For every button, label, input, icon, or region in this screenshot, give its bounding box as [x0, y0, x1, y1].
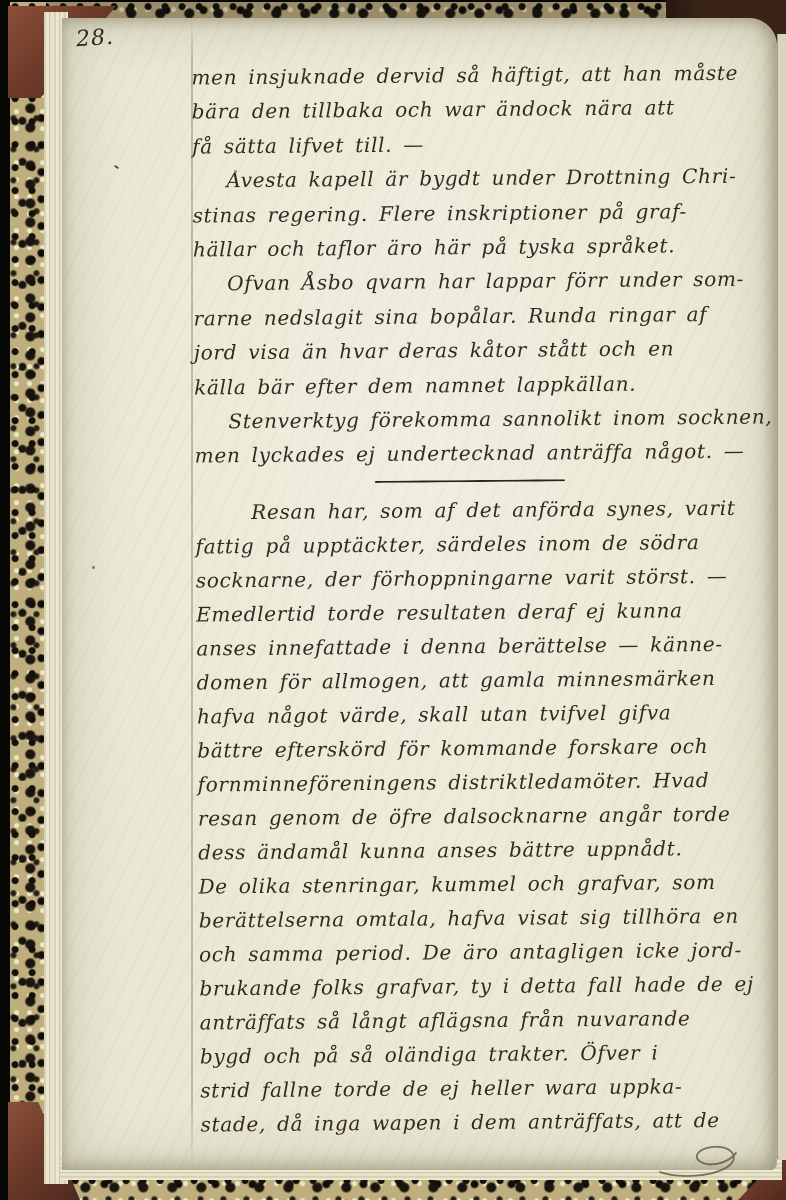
manuscript-line: resan genom de öfre dalsocknarne angår t… [198, 796, 774, 835]
paper-speck [92, 566, 95, 569]
manuscript-line: hafva något värde, skall utan tvifvel gi… [197, 694, 773, 733]
manuscript-line: Stenverktyg förekomma sannolikt inom soc… [194, 399, 770, 438]
manuscript-line: men lyckades ej undertecknad anträffa nå… [195, 434, 771, 473]
manuscript-line: anträffats så långt aflägsna från nuvara… [200, 1000, 776, 1039]
manuscript-line: källa bär efter dem namnet lappkällan. [194, 365, 770, 404]
manuscript-line: fornminneföreningens distriktledamöter. … [197, 762, 773, 801]
manuscript-line: Ofvan Åsbo qvarn har lappar förr under s… [193, 262, 769, 301]
handwritten-text-block: men insjuknade dervid så häftigt, att ha… [191, 56, 776, 1142]
manuscript-line: De olika stenringar, kummel och grafvar,… [198, 864, 774, 903]
manuscript-line: Avesta kapell är bygdt under Drottning C… [192, 159, 768, 198]
page-number: 28. [75, 25, 115, 53]
manuscript-line: dess ändamål kunna anses bättre uppnådt. [198, 830, 774, 869]
manuscript-line: Emedlertid torde resultaten deraf ej kun… [196, 592, 772, 631]
manuscript-line: rarne nedslagit sina bopålar. Runda ring… [193, 296, 769, 335]
manuscript-line: socknarne, der förhoppningarne varit stö… [196, 558, 772, 597]
manuscript-line: hällar och taflor äro här på tyska språk… [193, 227, 769, 266]
section-divider [375, 479, 565, 483]
manuscript-line: bättre efterskörd för kommande forskare … [197, 728, 773, 767]
book-cover-left-edge [10, 2, 46, 1198]
manuscript-line: stinas regering. Flere inskriptioner på … [192, 193, 768, 232]
manuscript-line: brukande folks grafvar, ty i detta fall … [199, 966, 775, 1005]
manuscript-line: strid fallne torde de ej heller wara upp… [200, 1068, 776, 1107]
manuscript-page: 28. men insjuknade dervid så häftigt, at… [62, 18, 777, 1170]
manuscript-line: och samma period. De äro antagligen icke… [199, 932, 775, 971]
manuscript-line: men insjuknade dervid så häftigt, att ha… [191, 56, 767, 95]
manuscript-line: anses innefattade i denna berättelse — k… [196, 626, 772, 665]
pen-flourish-icon [652, 1136, 748, 1184]
manuscript-section-2: Resan har, som af det anförda synes, var… [195, 490, 777, 1141]
manuscript-line: Resan har, som af det anförda synes, var… [195, 490, 771, 529]
manuscript-line: jord visa än hvar deras kåtor stått och … [194, 331, 770, 370]
manuscript-line: bygd och på så oländiga trakter. Öfver i [200, 1034, 776, 1073]
paper-speck [114, 165, 119, 170]
manuscript-section-1: men insjuknade dervid så häftigt, att ha… [191, 56, 771, 474]
adjacent-page-edge [777, 34, 786, 1160]
manuscript-line: få sätta lifvet till. — [192, 124, 768, 163]
manuscript-line: berättelserna omtala, hafva visat sig ti… [199, 898, 775, 937]
manuscript-line: bära den tillbaka och war ändock nära at… [192, 90, 768, 129]
manuscript-line: fattig på upptäckter, särdeles inom de s… [195, 524, 771, 563]
manuscript-line: domen för allmogen, att gamla minnesmärk… [197, 660, 773, 699]
